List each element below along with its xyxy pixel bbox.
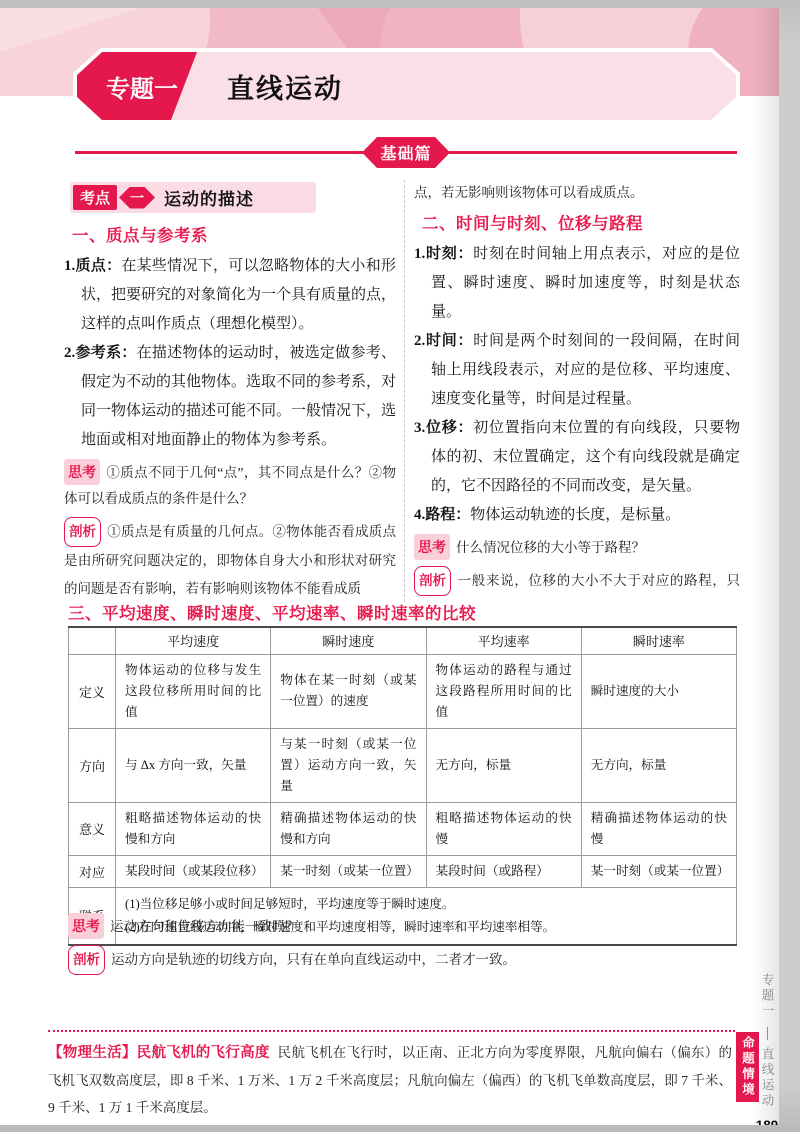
- think-block: 思考什么情况位移的大小等于路程？: [414, 534, 740, 561]
- physics-life-tag: 【物理生活】: [48, 1045, 137, 1061]
- term-lead: 2.时间：: [414, 333, 473, 349]
- think-label: 思考: [64, 459, 100, 485]
- term-lead: 2.参考系：: [64, 345, 137, 361]
- table-cell: 与 Δx 方向一致，矢量: [116, 728, 271, 802]
- analysis-block: 剖析运动方向是轨迹的切线方向，只有在单向直线运动中，二者才一致。: [68, 945, 737, 975]
- definition-displacement: 3.位移：初位置指向末位置的有向线段，只要物体的初、末位置确定，这个有向线段就是…: [414, 414, 740, 501]
- think-label: 思考: [414, 534, 450, 560]
- column-header: 瞬时速率: [581, 627, 736, 654]
- analysis-label: 剖析: [414, 566, 451, 596]
- subsection-heading-2: 二、时间与时刻、位移与路程: [422, 210, 740, 234]
- column-header: 平均速度: [116, 627, 271, 654]
- red-dotted-divider: [48, 1030, 735, 1032]
- term-lead: 4.路程：: [414, 507, 470, 523]
- definition-moment: 1.时刻：时刻在时间轴上用点表示，对应的是位置、瞬时速度、瞬时加速度等，时刻是状…: [414, 240, 740, 327]
- section-badge: 基础篇: [362, 137, 450, 168]
- table-corner-cell: [69, 627, 116, 654]
- table-cell: 物体在某一时刻（或某一位置）的速度: [271, 654, 426, 728]
- think-label: 思考: [68, 913, 104, 939]
- definition-time: 2.时间：时间是两个时刻间的一段间隔，在时间轴上用线段表示，对应的是位移、平均速…: [414, 327, 740, 414]
- table-cell: 瞬时速度的大小: [581, 654, 736, 728]
- right-column: 点，若无影响则该物体可以看成质点。 二、时间与时刻、位移与路程 1.时刻：时刻在…: [405, 180, 740, 602]
- table-cell: 物体运动的路程与通过这段路程所用时间的比值: [426, 654, 581, 728]
- table-cell: 某段时间（或路程）: [426, 855, 581, 887]
- term-lead: 1.时刻：: [414, 246, 473, 262]
- chapter-banner: 专题一 直线运动: [73, 48, 740, 124]
- table-cell: 粗略描述物体运动的快慢和方向: [116, 802, 271, 855]
- definition-particle: 1.质点：在某些情况下，可以忽略物体的大小和形状，把要研究的对象简化为一个具有质…: [64, 252, 396, 339]
- page-edge-shadow: [753, 8, 779, 1125]
- table-row: 定义 物体运动的位移与发生这段位移所用时间的比值 物体在某一时刻（或某一位置）的…: [69, 654, 737, 728]
- table-cell: 粗略描述物体运动的快慢: [426, 802, 581, 855]
- margin-subject: 直线运动: [758, 1047, 776, 1109]
- think-text: 什么情况位移的大小等于路程？: [456, 540, 645, 555]
- context-tag-text: 命题情境: [739, 1036, 757, 1098]
- chapter-banner-inner: 专题一 直线运动: [77, 52, 736, 120]
- table-header-row: 平均速度 瞬时速度 平均速率 瞬时速率: [69, 627, 737, 654]
- analysis-text: ①质点是有质量的几何点。②物体能否看成质点是由所研究问题决定的，即物体自身大小和…: [64, 524, 396, 596]
- analysis-carryover: 点，若无影响则该物体可以看成质点。: [414, 180, 740, 206]
- think-block: 思考①质点不同于几何“点”，其不同点是什么？②物体可以看成质点的条件是什么？: [64, 459, 396, 512]
- table-cell: 精确描述物体运动的快慢: [581, 802, 736, 855]
- physics-life-note: 【物理生活】民航飞机的飞行高度民航飞机在飞行时，以正南、正北方向为零度界限，凡航…: [48, 1039, 732, 1121]
- table-cell: 某一时刻（或某一位置）: [271, 855, 426, 887]
- table-cell: 无方向，标量: [581, 728, 736, 802]
- margin-dash: [767, 1027, 768, 1040]
- margin-index: 专题一 直线运动 189: [756, 973, 778, 1125]
- table-row: 方向 与 Δx 方向一致，矢量 与某一时刻（或某一位置）运动方向一致，矢量 无方…: [69, 728, 737, 802]
- term-text: 时刻在时间轴上用点表示，对应的是位置、瞬时速度、瞬时加速度等，时刻是状态量。: [431, 246, 740, 320]
- think-text: ①质点不同于几何“点”，其不同点是什么？②物体可以看成质点的条件是什么？: [64, 465, 396, 506]
- row-label: 对应: [69, 855, 116, 887]
- analysis-block: 剖析①质点是有质量的几何点。②物体能否看成质点是由所研究问题决定的，即物体自身大…: [64, 517, 396, 602]
- table-cell: 某一时刻（或某一位置）: [581, 855, 736, 887]
- page-number: 189: [756, 1118, 779, 1126]
- margin-topic: 专题一: [758, 973, 776, 1020]
- term-text: 在某些情况下，可以忽略物体的大小和形状，把要研究的对象简化为一个具有质量的点，这…: [81, 258, 396, 332]
- table-cell: 精确描述物体运动的快慢和方向: [271, 802, 426, 855]
- topic-badge: 专题一: [77, 52, 197, 120]
- physics-life-title: 民航飞机的飞行高度: [137, 1045, 270, 1061]
- topic-title: 直线运动: [227, 52, 343, 120]
- row-label: 意义: [69, 802, 116, 855]
- test-point-number: 一: [119, 187, 155, 209]
- term-lead: 1.质点：: [64, 258, 121, 274]
- comparison-table: 平均速度 瞬时速度 平均速率 瞬时速率 定义 物体运动的位移与发生这段位移所用时…: [68, 626, 737, 946]
- definition-reference-frame: 2.参考系：在描述物体的运动时，被选定做参考、假定为不动的其他物体。选取不同的参…: [64, 339, 396, 455]
- term-lead: 3.位移：: [414, 420, 473, 436]
- table-row: 意义 粗略描述物体运动的快慢和方向 精确描述物体运动的快慢和方向 粗略描述物体运…: [69, 802, 737, 855]
- analysis-block: 剖析一般来说，位移的大小不大于对应的路程，只有质点做单向直线运动时，位移的大小才…: [414, 566, 740, 602]
- think-text: 运动方向和位移方向能一致吗？: [110, 919, 299, 934]
- page-background: 专题一 直线运动 基础篇 考点 一 运动的描述 一、质点与参考系 1.质点：在某…: [0, 0, 800, 1132]
- test-point-row: 考点 一 运动的描述: [70, 182, 396, 213]
- two-column-content: 考点 一 运动的描述 一、质点与参考系 1.质点：在某些情况下，可以忽略物体的大…: [64, 180, 740, 602]
- column-header: 平均速率: [426, 627, 581, 654]
- term-text: 时间是两个时刻间的一段间隔，在时间轴上用线段表示，对应的是位移、平均速度、速度变…: [431, 333, 740, 407]
- analysis-text: 一般来说，位移的大小不大于对应的路程，只有质点做单向直线运动时，位移的大小才等于…: [414, 573, 740, 602]
- subsection-heading-3: 三、平均速度、瞬时速度、平均速率、瞬时速率的比较: [68, 600, 476, 624]
- table-cell: 物体运动的位移与发生这段位移所用时间的比值: [116, 654, 271, 728]
- table-cell: 某段时间（或某段位移）: [116, 855, 271, 887]
- left-column: 考点 一 运动的描述 一、质点与参考系 1.质点：在某些情况下，可以忽略物体的大…: [64, 180, 396, 602]
- analysis-label: 剖析: [64, 517, 101, 547]
- subsection-heading-1: 一、质点与参考系: [72, 222, 396, 246]
- analysis-text: 运动方向是轨迹的切线方向，只有在单向直线运动中，二者才一致。: [111, 952, 516, 967]
- analysis-label: 剖析: [68, 945, 105, 975]
- table-cell: 无方向，标量: [426, 728, 581, 802]
- table-row: 对应 某段时间（或某段位移） 某一时刻（或某一位置） 某段时间（或路程） 某一时…: [69, 855, 737, 887]
- definition-path: 4.路程：物体运动轨迹的长度，是标量。: [414, 501, 740, 530]
- term-text: 初位置指向末位置的有向线段，只要物体的初、末位置确定，这个有向线段就是确定的，它…: [431, 420, 740, 494]
- row-label: 定义: [69, 654, 116, 728]
- think-block: 思考运动方向和位移方向能一致吗？: [68, 913, 737, 940]
- test-point-badge: 考点: [73, 185, 117, 210]
- column-header: 瞬时速度: [271, 627, 426, 654]
- test-point-strip: 考点 一 运动的描述: [70, 182, 316, 213]
- row-label: 方向: [69, 728, 116, 802]
- term-text: 物体运动轨迹的长度，是标量。: [470, 507, 680, 523]
- table-cell: 与某一时刻（或某一位置）运动方向一致，矢量: [271, 728, 426, 802]
- book-page: 专题一 直线运动 基础篇 考点 一 运动的描述 一、质点与参考系 1.质点：在某…: [0, 8, 779, 1125]
- test-point-title: 运动的描述: [164, 185, 254, 210]
